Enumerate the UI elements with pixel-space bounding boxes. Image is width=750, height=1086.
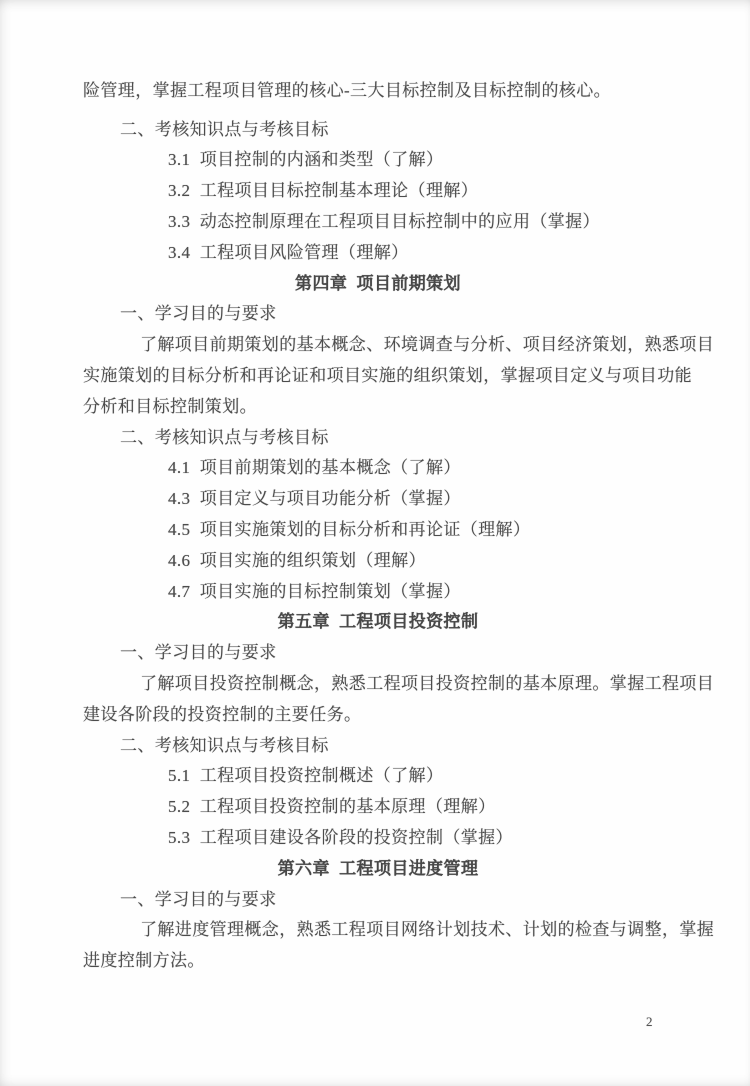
exam-point-item: 3.2 工程项目目标控制基本理论（理解） [83,173,673,204]
study-goal-heading-ch5: 一、学习目的与要求 [83,635,673,666]
paragraph-line: 了解进度管理概念，熟悉工程项目网络计划技术、计划的检查与调整，掌握 [83,913,673,944]
scanned-document-page: 险管理，掌握工程项目管理的核心-三大目标控制及目标控制的核心。 二、考核知识点与… [0,0,750,1086]
exam-point-item: 5.1 工程项目投资控制概述（了解） [83,759,673,790]
exam-points-heading-ch3: 二、考核知识点与考核目标 [83,112,673,143]
exam-point-item: 4.7 项目实施的目标控制策划（掌握） [83,574,673,605]
study-goal-heading-ch6: 一、学习目的与要求 [83,882,673,913]
exam-point-item: 3.4 工程项目风险管理（理解） [83,235,673,266]
exam-points-heading-ch4: 二、考核知识点与考核目标 [83,420,673,451]
paragraph-line: 实施策划的目标分析和再论证和项目实施的组织策划，掌握项目定义与项目功能 [83,358,673,389]
chapter-heading-ch4: 第四章 项目前期策划 [83,266,673,297]
exam-point-item: 5.3 工程项目建设各阶段的投资控制（掌握） [83,820,673,851]
exam-points-heading-ch5: 二、考核知识点与考核目标 [83,728,673,759]
exam-point-item: 4.5 项目实施策划的目标分析和再论证（理解） [83,512,673,543]
exam-point-item: 4.3 项目定义与项目功能分析（掌握） [83,481,673,512]
study-goal-heading-ch4: 一、学习目的与要求 [83,297,673,328]
chapter-heading-ch6: 第六章 工程项目进度管理 [83,851,673,882]
exam-point-item: 3.3 动态控制原理在工程项目目标控制中的应用（掌握） [83,204,673,235]
exam-point-item: 4.6 项目实施的组织策划（理解） [83,543,673,574]
paragraph-line: 分析和目标控制策划。 [83,389,673,420]
exam-point-item: 4.1 项目前期策划的基本概念（了解） [83,451,673,482]
paragraph-line: 了解项目前期策划的基本概念、环境调查与分析、项目经济策划，熟悉项目 [83,327,673,358]
chapter-heading-ch5: 第五章 工程项目投资控制 [83,605,673,636]
exam-point-item: 5.2 工程项目投资控制的基本原理（理解） [83,789,673,820]
page-number: 2 [646,1014,653,1030]
document-body: 险管理，掌握工程项目管理的核心-三大目标控制及目标控制的核心。 二、考核知识点与… [83,73,673,974]
exam-point-item: 3.1 项目控制的内涵和类型（了解） [83,143,673,174]
paragraph-line: 进度控制方法。 [83,943,673,974]
paragraph-continuation-line: 险管理，掌握工程项目管理的核心-三大目标控制及目标控制的核心。 [83,73,673,104]
paragraph-line: 建设各阶段的投资控制的主要任务。 [83,697,673,728]
paragraph-line: 了解项目投资控制概念，熟悉工程项目投资控制的基本原理。掌握工程项目 [83,666,673,697]
